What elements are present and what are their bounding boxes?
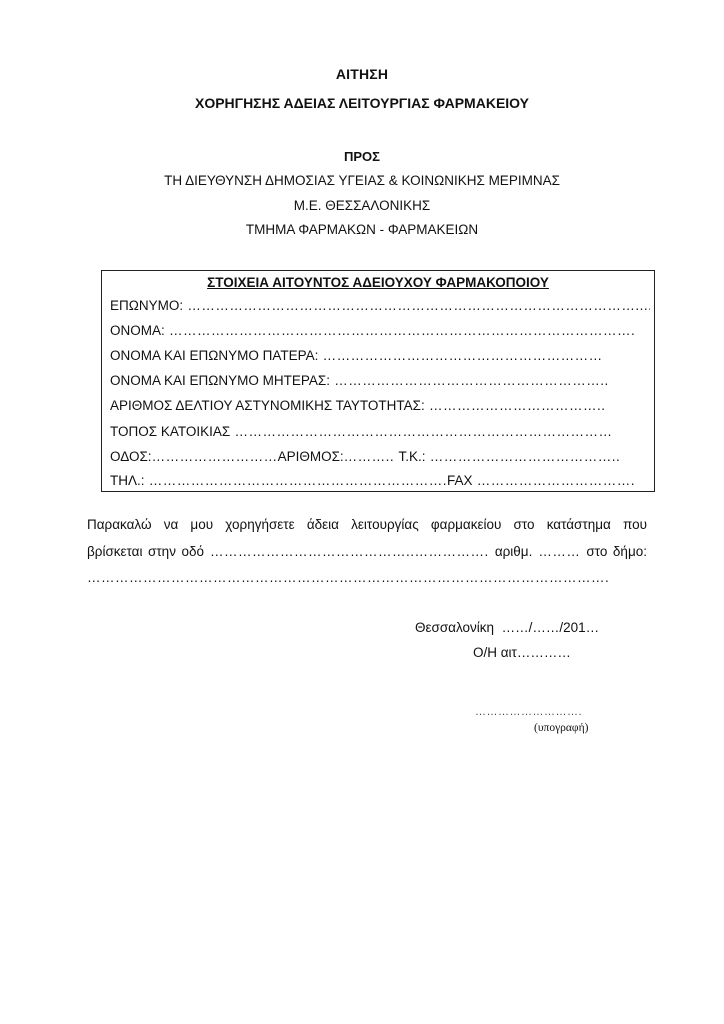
request-municipality-label: στο δήμο: xyxy=(586,544,647,559)
phone-label: ΤΗΛ.: xyxy=(110,473,145,488)
request-line-2: βρίσκεται στην οδό ……………………………………..……………… xyxy=(87,544,647,559)
field-blank[interactable]: ……………………………………………………………………… xyxy=(230,424,612,439)
field-blank[interactable]: ……………………………….. xyxy=(425,398,606,413)
number-label: ΑΡΙΘΜΟΣ: xyxy=(278,449,344,464)
request-municipality-blank[interactable]: …………………………………………………………………………………………………. xyxy=(87,570,647,585)
applicant-blank[interactable]: ………… xyxy=(517,645,571,660)
field-label: ΟΝΟΜΑ ΚΑΙ ΕΠΩΝΥΜΟ ΠΑΤΕΡΑ: xyxy=(110,348,318,363)
field-label: ΑΡΙΘΜΟΣ ΔΕΛΤΙΟΥ ΑΣΤΥΝΟΜΙΚΗΣ ΤΑΥΤΟΤΗΤΑΣ: xyxy=(110,398,425,413)
place-label: Θεσσαλονίκη xyxy=(415,620,494,635)
field-address-row: ΟΔΟΣ:………………………ΑΡΙΘΜΟΣ:……….. Τ.Κ.: ………………… xyxy=(110,449,650,464)
request-number-blank[interactable]: ……… xyxy=(532,544,586,559)
field-label: ΤΟΠΟΣ ΚΑΤΟΙΚΙΑΣ xyxy=(110,424,230,439)
request-number-label: αριθμ. xyxy=(495,544,533,559)
field-blank[interactable]: …………………………………………………………………………………….... xyxy=(183,298,650,313)
street-label: ΟΔΟΣ: xyxy=(110,449,152,464)
signature-label: (υπογραφή) xyxy=(534,722,588,734)
field-father-name[interactable]: ΟΝΟΜΑ ΚΑΙ ΕΠΩΝΥΜΟ ΠΑΤΕΡΑ: ……………………………………… xyxy=(110,348,650,363)
fax-blank[interactable]: ……………………………. xyxy=(473,473,636,488)
applicant-label: Ο/Η αιτ xyxy=(473,645,517,660)
applicant-line: Ο/Η αιτ………… xyxy=(473,645,571,660)
document-subtitle: ΧΟΡΗΓΗΣΗΣ ΑΔΕΙΑΣ ΛΕΙΤΟΥΡΓΙΑΣ ΦΑΡΜΑΚΕΙΟΥ xyxy=(0,95,724,111)
street-blank[interactable]: ……………………… xyxy=(152,449,278,464)
recipient-to-label: ΠΡΟΣ xyxy=(0,149,724,164)
field-residence[interactable]: ΤΟΠΟΣ ΚΑΤΟΙΚΙΑΣ ………………………………………………………………… xyxy=(110,424,650,439)
field-label: ΟΝΟΜΑ ΚΑΙ ΕΠΩΝΥΜΟ ΜΗΤΕΡΑΣ: xyxy=(110,373,330,388)
request-street-prefix: βρίσκεται στην οδό xyxy=(87,544,204,559)
request-street-blank[interactable]: ……………………………………..……………. xyxy=(204,544,495,559)
field-label: ΟΝΟΜΑ: xyxy=(110,323,165,338)
field-mother-name[interactable]: ΟΝΟΜΑ ΚΑΙ ΕΠΩΝΥΜΟ ΜΗΤΕΡΑΣ: …………………………………… xyxy=(110,373,650,388)
field-blank[interactable]: ………………………………………………….. xyxy=(330,373,609,388)
recipient-line-1: ΤΗ ΔΙΕΥΘΥΝΣΗ ΔΗΜΟΣΙΑΣ ΥΓΕΙΑΣ & ΚΟΙΝΩΝΙΚΗ… xyxy=(0,173,724,188)
applicant-box-title: ΣΤΟΙΧΕΙΑ ΑΙΤΟΥΝΤΟΣ ΑΔΕΙΟΥΧΟΥ ΦΑΡΜΑΚΟΠΟΙΟ… xyxy=(102,275,654,290)
phone-blank[interactable]: ………………………………………………………. xyxy=(145,473,448,488)
field-label: ΕΠΩΝΥΜΟ: xyxy=(110,298,183,313)
applicant-details-box: ΣΤΟΙΧΕΙΑ ΑΙΤΟΥΝΤΟΣ ΑΔΕΙΟΥΧΟΥ ΦΑΡΜΑΚΟΠΟΙΟ… xyxy=(101,270,655,492)
date-blank[interactable]: ……/……/201… xyxy=(502,620,600,635)
recipient-line-2: Μ.Ε. ΘΕΣΣΑΛΟΝΙΚΗΣ xyxy=(0,198,724,213)
zip-label: Τ.Κ.: xyxy=(398,449,425,464)
place-date: Θεσσαλονίκη ……/……/201… xyxy=(415,620,599,635)
field-blank[interactable]: ………………………………………………………………………………………. xyxy=(165,323,636,338)
document-title: ΑΙΤΗΣΗ xyxy=(0,66,724,82)
field-name[interactable]: ΟΝΟΜΑ: ………………………………………………………………………………………… xyxy=(110,323,650,338)
fax-label: FAX xyxy=(447,473,473,488)
field-contact-row: ΤΗΛ.: ……………………………………………………….FAX ……………………… xyxy=(110,473,650,488)
recipient-line-3: ΤΜΗΜΑ ΦΑΡΜΑΚΩΝ - ΦΑΡΜΑΚΕΙΩΝ xyxy=(0,222,724,237)
request-line-1: Παρακαλώ να μου χορηγήσετε άδεια λειτουρ… xyxy=(87,517,647,532)
zip-blank[interactable]: ………………………………….. xyxy=(425,449,620,464)
field-id-number[interactable]: ΑΡΙΘΜΟΣ ΔΕΛΤΙΟΥ ΑΣΤΥΝΟΜΙΚΗΣ ΤΑΥΤΟΤΗΤΑΣ: … xyxy=(110,398,650,413)
number-blank[interactable]: ……….. xyxy=(344,449,399,464)
signature-blank[interactable]: ………………………. xyxy=(475,706,582,718)
field-blank[interactable]: …………………………………………………… xyxy=(318,348,602,363)
field-surname[interactable]: ΕΠΩΝΥΜΟ: …………………………………………………………………………………… xyxy=(110,298,650,313)
